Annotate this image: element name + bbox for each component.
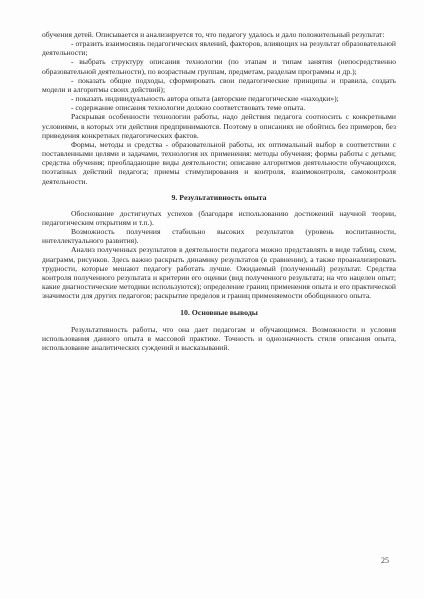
paragraph: Раскрывая особенности технологии работы,… (42, 112, 396, 139)
list-item: - выбрать структуру описания технологии … (42, 57, 396, 75)
paragraph: обучения детей. Описывается и анализируе… (42, 30, 396, 39)
paragraph: Результативность работы, что она дает пе… (42, 325, 396, 352)
list-item: - показать индивидуальность автора опыта… (42, 94, 396, 103)
list-item: - отразить взаимосвязь педагогических яв… (42, 39, 396, 57)
section-heading-conclusions: 10. Основные выводы (42, 308, 396, 317)
paragraph: Формы, методы и средства - образовательн… (42, 140, 396, 186)
page-content: обучения детей. Описывается и анализируе… (42, 30, 396, 352)
document-page: обучения детей. Описывается и анализируе… (0, 0, 424, 599)
paragraph: Возможность получения стабильно высоких … (42, 227, 396, 245)
page-number: 25 (381, 556, 389, 565)
list-item: - показать общие подходы, сформировать с… (42, 76, 396, 94)
section-heading-results: 9. Результативность опыта (42, 193, 396, 202)
paragraph: Анализ полученных результатов в деятельн… (42, 245, 396, 300)
paragraph: Обоснование достигнутых успехов (благода… (42, 209, 396, 227)
list-item: - содержание описания технологии должно … (42, 103, 396, 112)
